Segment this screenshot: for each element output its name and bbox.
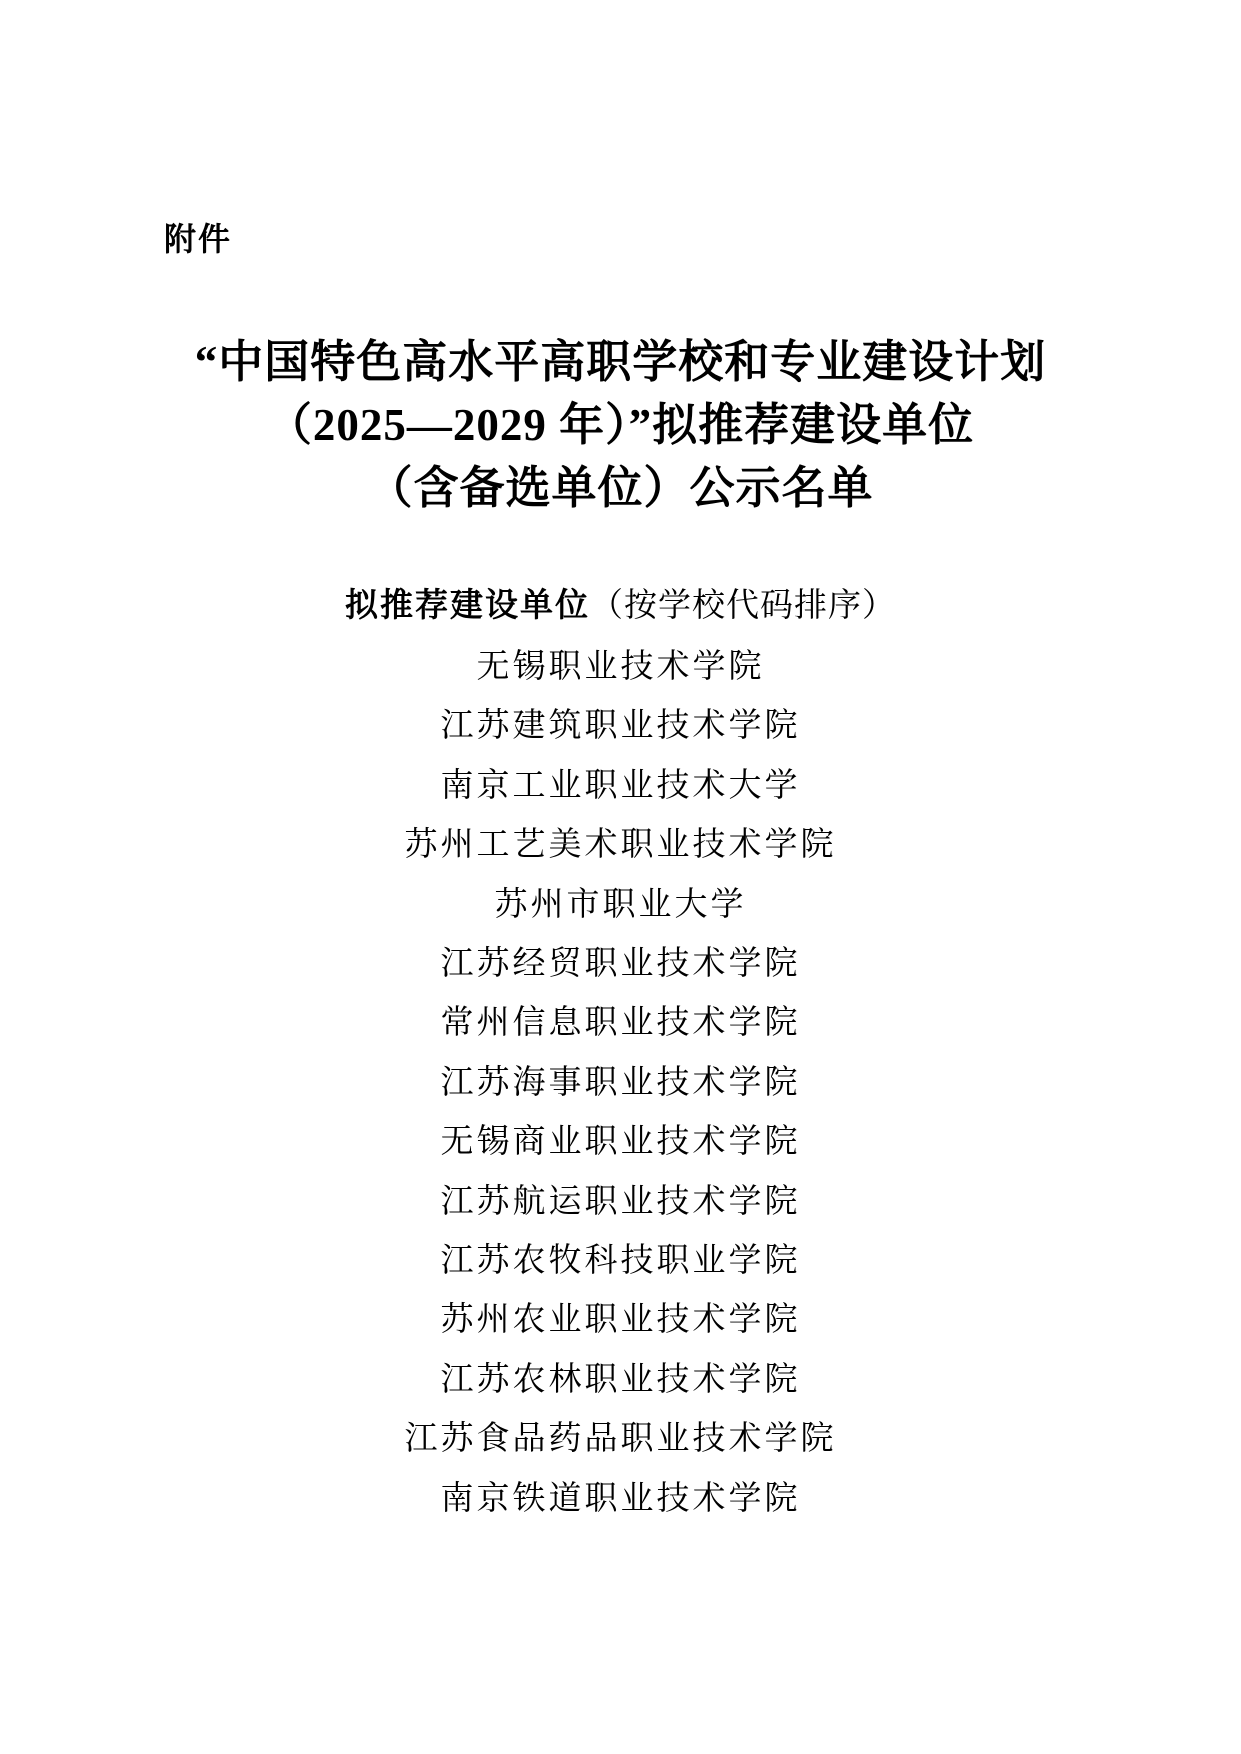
school-item: 苏州工艺美术职业技术学院 <box>0 816 1241 875</box>
section-heading-title: 拟推荐建设单位 <box>345 586 590 623</box>
school-item: 苏州农业职业技术学院 <box>0 1291 1241 1350</box>
title-line-2: （2025—2029 年）”拟推荐建设单位 <box>0 394 1241 457</box>
school-item: 南京铁道职业技术学院 <box>0 1470 1241 1529</box>
school-item: 常州信息职业技术学院 <box>0 994 1241 1053</box>
school-item: 江苏食品药品职业技术学院 <box>0 1410 1241 1469</box>
document-page: 附件 “中国特色高水平高职学校和专业建设计划 （2025—2029 年）”拟推荐… <box>0 0 1241 1754</box>
school-item: 江苏建筑职业技术学院 <box>0 697 1241 756</box>
school-item: 江苏经贸职业技术学院 <box>0 935 1241 994</box>
school-item: 江苏农牧科技职业学院 <box>0 1232 1241 1291</box>
school-item: 苏州市职业大学 <box>0 876 1241 935</box>
school-item: 江苏海事职业技术学院 <box>0 1054 1241 1113</box>
document-title: “中国特色高水平高职学校和专业建设计划 （2025—2029 年）”拟推荐建设单… <box>0 331 1241 520</box>
school-item: 江苏农林职业技术学院 <box>0 1351 1241 1410</box>
attachment-label: 附件 <box>164 218 232 260</box>
school-list: 无锡职业技术学院江苏建筑职业技术学院南京工业职业技术大学苏州工艺美术职业技术学院… <box>0 638 1241 1529</box>
title-line-1: “中国特色高水平高职学校和专业建设计划 <box>0 331 1241 394</box>
school-item: 无锡职业技术学院 <box>0 638 1241 697</box>
school-item: 无锡商业职业技术学院 <box>0 1113 1241 1172</box>
school-item: 南京工业职业技术大学 <box>0 757 1241 816</box>
school-item: 江苏航运职业技术学院 <box>0 1173 1241 1232</box>
section-heading-note: （按学校代码排序） <box>590 588 896 624</box>
section-heading: 拟推荐建设单位（按学校代码排序） <box>0 585 1241 626</box>
title-line-3: （含备选单位）公示名单 <box>0 457 1241 520</box>
